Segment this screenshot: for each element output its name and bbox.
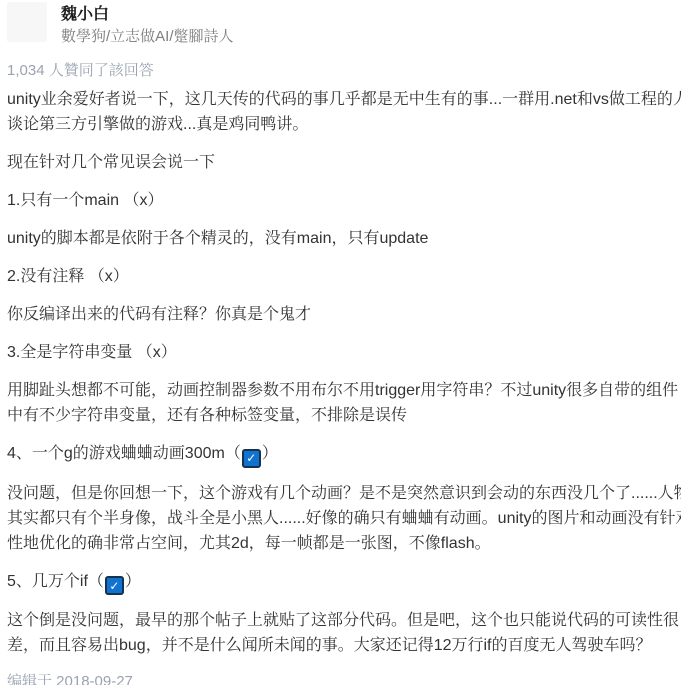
checkbox-checked-icon: ✓ <box>242 449 261 468</box>
item3-title: 3.全是字符串变量 （x） <box>7 340 674 365</box>
answer-card: 魏小白 數學狗/立志做AI/蹩腳詩人 1,034 人贊同了該回答 unity业余… <box>0 0 681 685</box>
author-meta: 魏小白 數學狗/立志做AI/蹩腳詩人 <box>61 2 234 47</box>
item1-title: 1.只有一个main （x） <box>7 188 674 213</box>
item4-title-text: 4、一个g的游戏蛐蛐动画300m（ <box>7 445 241 462</box>
lead-paragraph: 现在针对几个常见误会说一下 <box>7 150 674 175</box>
answer-content: unity业余爱好者说一下，这几天传的代码的事几乎都是无中生有的事...一群用.… <box>7 87 674 658</box>
item4-body: 没问题，但是你回想一下，这个游戏有几个动画？是不是突然意识到会动的东西没几个了.… <box>7 481 674 556</box>
author-avatar[interactable] <box>7 2 47 42</box>
edit-date: 编辑于 2018-09-27 <box>7 671 674 685</box>
item5-title-close: ） <box>125 573 141 590</box>
author-headline: 數學狗/立志做AI/蹩腳詩人 <box>61 26 234 47</box>
check-icon: ✓ <box>109 580 119 592</box>
author-name[interactable]: 魏小白 <box>61 4 234 25</box>
item5-title: 5、几万个if（✓） <box>7 569 674 596</box>
item4-title: 4、一个g的游戏蛐蛐动画300m（✓） <box>7 441 674 468</box>
check-icon: ✓ <box>246 452 256 464</box>
author-header: 魏小白 數學狗/立志做AI/蹩腳詩人 <box>7 2 674 47</box>
item4-title-close: ） <box>262 445 278 462</box>
item5-body: 这个倒是没问题，最早的那个帖子上就贴了这部分代码。但是吧，这个也只能说代码的可读… <box>7 608 674 658</box>
item2-title: 2.没有注释 （x） <box>7 264 674 289</box>
checkbox-checked-icon: ✓ <box>105 576 124 595</box>
item3-body: 用脚趾头想都不可能，动画控制器参数不用布尔不用trigger用字符串？不过uni… <box>7 378 674 428</box>
intro-paragraph: unity业余爱好者说一下，这几天传的代码的事几乎都是无中生有的事...一群用.… <box>7 87 674 137</box>
item1-body: unity的脚本都是依附于各个精灵的，没有main，只有update <box>7 226 674 251</box>
vote-count-text: 1,034 人贊同了該回答 <box>7 61 674 81</box>
item2-body: 你反编译出来的代码有注释？你真是个鬼才 <box>7 302 674 327</box>
item5-title-text: 5、几万个if（ <box>7 573 104 590</box>
